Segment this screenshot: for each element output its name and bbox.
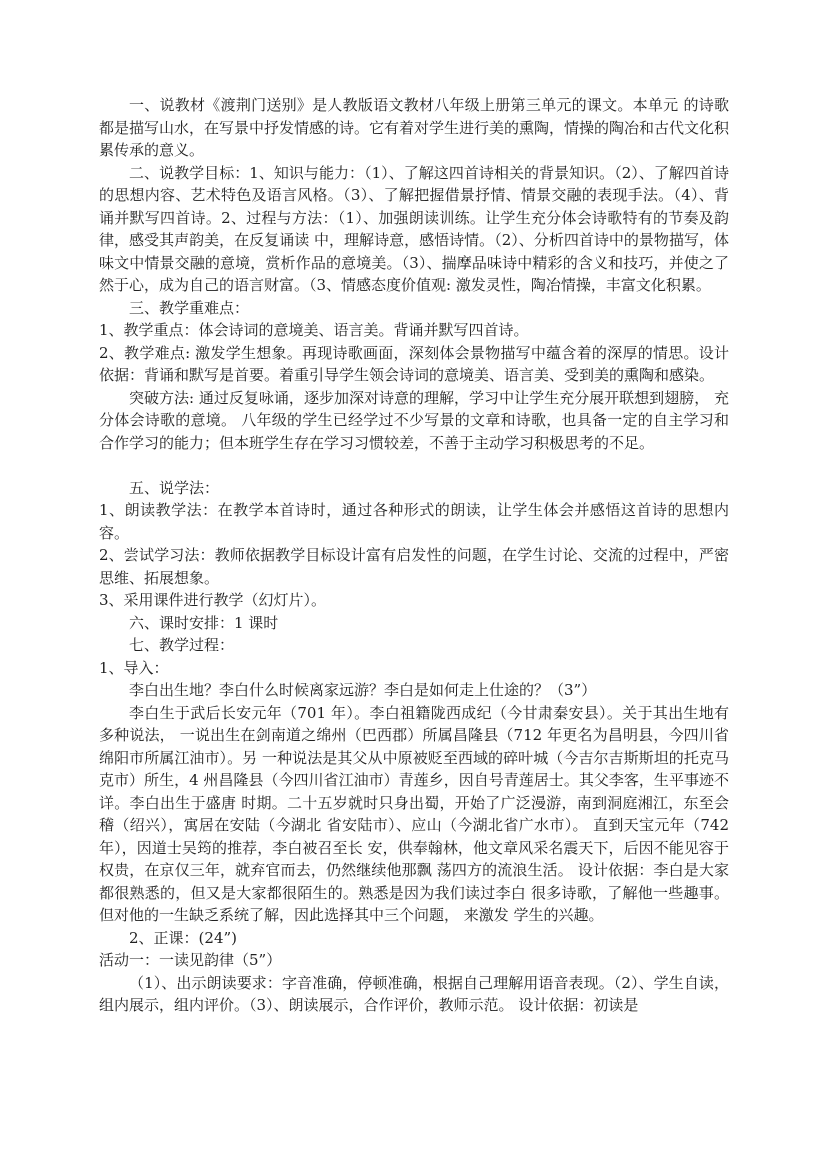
- paragraph-changshi-xuexifa: 2、尝试学习法：教师依据教学目标设计富有启发性的问题，在学生讨论、交流的过程中，…: [99, 544, 729, 589]
- paragraph-kejian-jiaoxue: 3、采用课件进行教学（幻灯片）。: [99, 589, 729, 612]
- heading-huodong-yi: 活动一：一读见韵律（5”）: [99, 949, 729, 972]
- heading-shuo-xuefa: 五、说学法：: [99, 477, 729, 500]
- heading-keshi-anpai: 六、课时安排：1 课时: [99, 612, 729, 635]
- paragraph-langdu-yaoqiu: （1）、出示朗读要求：字音准确，停顿准确，根据自己理解用语音表现。（2）、学生自…: [99, 972, 729, 1017]
- document-page: 一、说教材《渡荆门送别》是人教版语文教材八年级上册第三单元的课文。本单元 的诗歌…: [99, 94, 729, 1017]
- paragraph-jiaoxue-nandian: 2、教学难点: 激发学生想象。再现诗歌画面，深刻体会景物描写中蕴含着的深厚的情思…: [99, 342, 729, 387]
- paragraph-shuo-jiaocai: 一、说教材《渡荆门送别》是人教版语文教材八年级上册第三单元的课文。本单元 的诗歌…: [99, 94, 729, 162]
- paragraph-jiaoxue-mubiao: 二、说教学目标：1、知识与能力：（1）、了解这四首诗相关的背景知识。（2）、了解…: [99, 162, 729, 297]
- paragraph-tupo-fangfa: 突破方法: 通过反复咏诵，逐步加深对诗意的理解，学习中让学生充分展开联想到翅膀，…: [99, 387, 729, 455]
- paragraph-jiaoxue-zhongdian: 1、教学重点：体会诗词的意境美、语言美。背诵并默写四首诗。: [99, 319, 729, 342]
- heading-jiaoxue-zhongnandian: 三、教学重难点：: [99, 297, 729, 320]
- paragraph-libai-shengping: 李白生于武后长安元年（701 年）。李白祖籍陇西成纪（今甘肃秦安县）。关于其出生…: [99, 702, 729, 927]
- heading-zhengke: 2、正课：(24”): [99, 927, 729, 950]
- paragraph-langdu-jiaoxuefa: 1、朗读教学法：在教学本首诗时，通过各种形式的朗读，让学生体会并感悟这首诗的思想…: [99, 499, 729, 544]
- heading-jiaoxue-guocheng: 七、教学过程：: [99, 634, 729, 657]
- paragraph-daoru-wenti: 李白出生地？李白什么时候离家远游？李白是如何走上仕途的？（3”）: [99, 679, 729, 702]
- heading-daoru: 1、导入：: [99, 657, 729, 680]
